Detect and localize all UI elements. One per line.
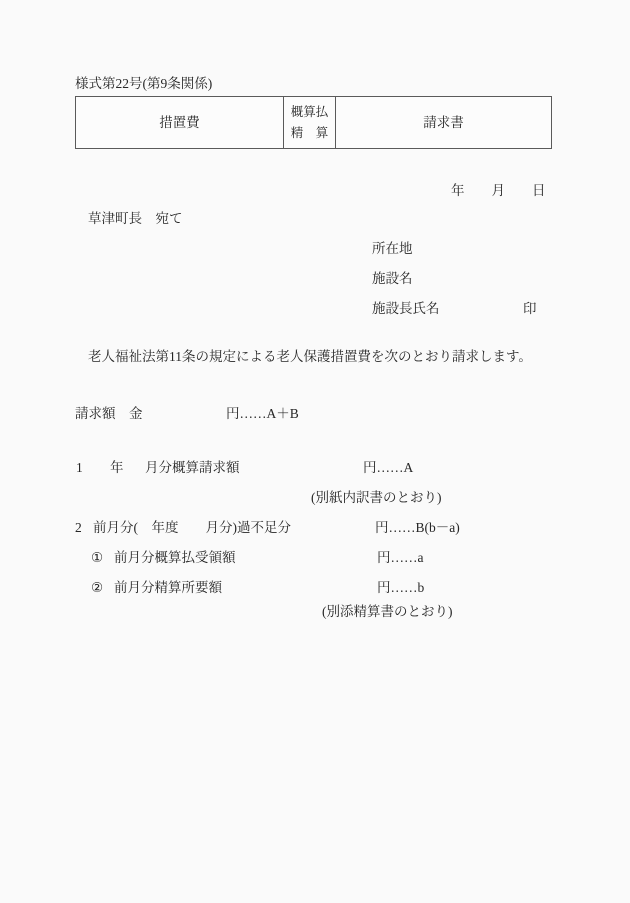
payment-type-line2: 精 算: [291, 127, 329, 140]
date-line: 年 月 日: [451, 184, 546, 198]
item2-sub2-number: ②: [91, 581, 103, 595]
title-cell-expense: 措置費: [76, 97, 284, 148]
form-number: 様式第22号(第9条関係): [75, 77, 212, 91]
sender-address-label: 所在地: [372, 242, 413, 256]
sender-facility-name-label: 施設名: [372, 272, 413, 286]
request-sentence: 老人福祉法第11条の規定による老人保護措置費を次のとおり請求します。: [88, 350, 532, 364]
item2-unit-ref: 円……B(b－a): [375, 521, 460, 535]
title-cell-doc-type: 請求書: [336, 97, 551, 148]
title-table: 措置費 概算払 精 算 請求書: [75, 96, 552, 149]
payment-type-line1: 概算払: [291, 106, 329, 119]
item2-sub1-label: 前月分概算払受領額: [114, 551, 236, 565]
item1-year-label: 年: [110, 461, 124, 475]
item2-note: (別添精算書のとおり): [322, 605, 453, 619]
claim-amount-unit-ref: 円……A＋B: [226, 407, 299, 421]
claim-form-page: 様式第22号(第9条関係) 措置費 概算払 精 算 請求書 年 月 日 草津町長…: [0, 0, 630, 903]
addressee: 草津町長 宛て: [88, 212, 183, 226]
item1-number: 1: [76, 461, 83, 475]
claim-amount-label: 請求額 金: [75, 407, 143, 421]
item2-sub2-label: 前月分精算所要額: [114, 581, 222, 595]
seal-mark: 印: [523, 302, 537, 316]
item2-sub1-unit-ref: 円……a: [377, 551, 424, 565]
item1-note: (別紙内訳書のとおり): [311, 491, 442, 505]
title-cell-payment-type: 概算払 精 算: [284, 97, 336, 148]
item1-unit-ref: 円……A: [363, 461, 413, 475]
item2-number: 2: [75, 521, 82, 535]
sender-director-name-label: 施設長氏名: [372, 302, 440, 316]
item2-label: 前月分( 年度 月分)過不足分: [93, 521, 291, 535]
item2-sub1-number: ①: [91, 551, 103, 565]
item2-sub2-unit-ref: 円……b: [377, 581, 424, 595]
item1-label: 月分概算請求額: [145, 461, 240, 475]
